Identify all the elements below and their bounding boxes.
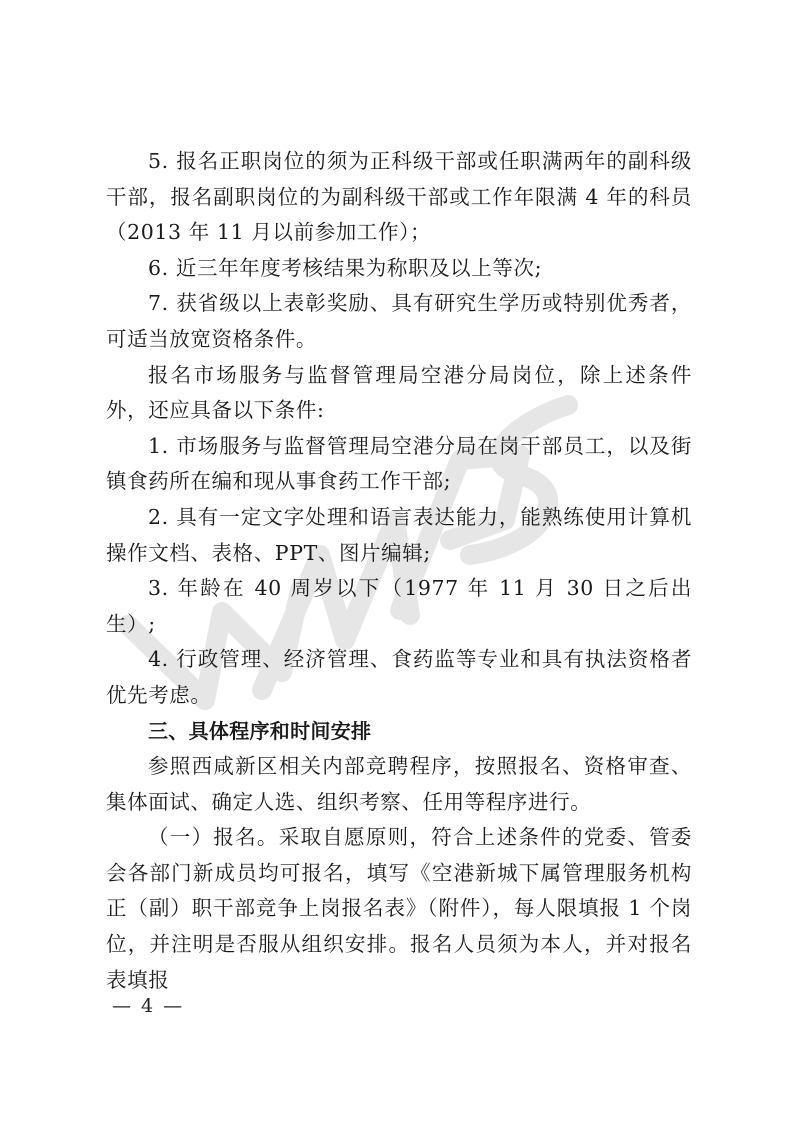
requirement-item-7: 7. 获省级以上表彰奖励、具有研究生学历或特别优秀者，可适当放宽资格条件。 (106, 286, 692, 357)
airport-requirement-1: 1. 市场服务与监督管理局空港分局在岗干部员工，以及街镇食药所在编和现从事食药工… (106, 429, 692, 500)
procedure-overview: 参照西咸新区相关内部竞聘程序，按照报名、资格审查、集体面试、确定人选、组织考察、… (106, 749, 692, 820)
airport-requirement-3: 3. 年龄在 40 周岁以下（1977 年 11 月 30 日之后出生）; (106, 571, 692, 642)
page-number: — 4 — (112, 995, 184, 1017)
requirement-item-6: 6. 近三年年度考核结果为称职及以上等次; (106, 251, 692, 287)
document-body: 5. 报名正职岗位的须为正科级干部或任职满两年的副科级干部，报名副职岗位的为副科… (106, 144, 692, 998)
airport-branch-intro: 报名市场服务与监督管理局空港分局岗位，除上述条件外，还应具备以下条件: (106, 358, 692, 429)
section-heading-3: 三、具体程序和时间安排 (106, 714, 692, 750)
airport-requirement-2: 2. 具有一定文字处理和语言表达能力，能熟练使用计算机操作文档、表格、PPT、图… (106, 500, 692, 571)
document-page: 5. 报名正职岗位的须为正科级干部或任职满两年的副科级干部，报名副职岗位的为副科… (0, 0, 793, 1123)
requirement-item-5: 5. 报名正职岗位的须为正科级干部或任职满两年的副科级干部，报名副职岗位的为副科… (106, 144, 692, 251)
airport-requirement-4: 4. 行政管理、经济管理、食药监等专业和具有执法资格者优先考虑。 (106, 642, 692, 713)
registration-paragraph: （一）报名。采取自愿原则，符合上述条件的党委、管委会各部门新成员均可报名，填写《… (106, 820, 692, 998)
